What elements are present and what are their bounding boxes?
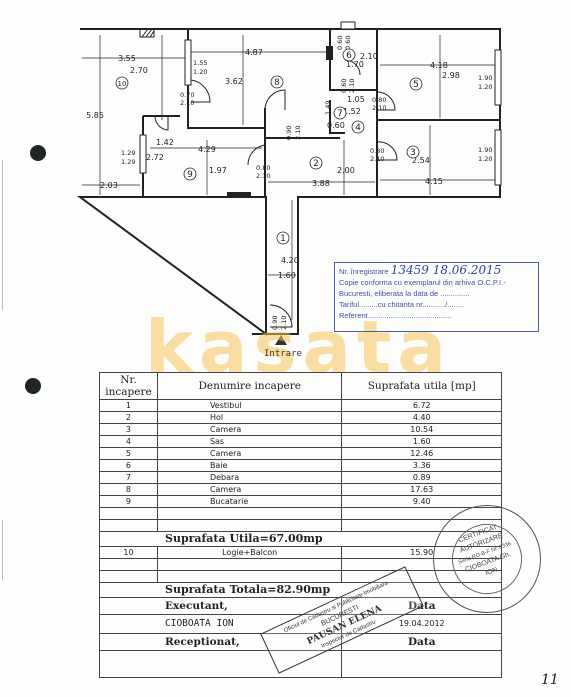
svg-text:1.05: 1.05 [347, 95, 365, 104]
table-row-empty [100, 508, 502, 520]
table-row: 5Camera12.46 [100, 448, 502, 460]
svg-text:1.42: 1.42 [156, 138, 174, 147]
cell-name: Camera [157, 484, 342, 496]
cell-area: 1.60 [342, 436, 502, 448]
cell-nr: 2 [100, 412, 158, 424]
cell-nr: 4 [100, 436, 158, 448]
svg-text:4: 4 [355, 123, 361, 133]
svg-text:4.87: 4.87 [245, 48, 263, 57]
svg-text:2.70: 2.70 [130, 66, 148, 75]
svg-text:2.10: 2.10 [372, 104, 386, 112]
cell-nr: 6 [100, 460, 158, 472]
svg-text:2.00: 2.00 [337, 166, 355, 175]
entrance-label: Intrare [264, 349, 302, 359]
wall-column [227, 192, 251, 198]
svg-text:0.90: 0.90 [285, 126, 293, 140]
svg-text:2.10: 2.10 [294, 126, 302, 140]
executant-row: Executant, Data [100, 598, 502, 615]
cell-name: Bucatarie [157, 496, 342, 508]
cell-nr: 8 [100, 484, 158, 496]
registration-stamp: Nr. înregistrare 13459 18.06.2015 Copie … [334, 262, 539, 332]
svg-text:6: 6 [346, 51, 352, 61]
cell-area: 3.36 [342, 460, 502, 472]
cell-name: Sas [157, 436, 342, 448]
svg-text:0.60: 0.60 [327, 121, 345, 130]
cell-name: Hol [157, 412, 342, 424]
svg-text:1.29: 1.29 [121, 149, 135, 157]
cell-name: Logie+Balcon [157, 547, 342, 559]
table-row: 8Camera17.63 [100, 484, 502, 496]
punch-hole-bottom [25, 378, 41, 394]
svg-text:5: 5 [413, 80, 419, 90]
svg-text:2.72: 2.72 [146, 153, 164, 162]
cell-area: 10.54 [342, 424, 502, 436]
table-row: 3Camera10.54 [100, 424, 502, 436]
svg-text:3.62: 3.62 [225, 77, 243, 86]
svg-text:0.60: 0.60 [344, 36, 352, 50]
cell-area: 17.63 [342, 484, 502, 496]
cell-nr: 9 [100, 496, 158, 508]
header-name: Denumire incapere [157, 373, 342, 400]
table-row: 9Bucatarie9.40 [100, 496, 502, 508]
svg-text:1.20: 1.20 [478, 155, 492, 163]
registration-line-2: Copie conforma cu exemplarul din arhiva … [339, 277, 534, 288]
svg-text:1.90: 1.90 [478, 74, 492, 82]
cell-nr: 3 [100, 424, 158, 436]
table-row: 4Sas1.60 [100, 436, 502, 448]
cell-area: 6.72 [342, 400, 502, 412]
svg-text:1.60: 1.60 [278, 271, 296, 280]
svg-text:0.60: 0.60 [336, 36, 344, 50]
svg-text:7: 7 [337, 109, 343, 119]
header-area: Suprafata utila [mp] [342, 373, 502, 400]
table-row: 7Debara0.89 [100, 472, 502, 484]
svg-text:4.29: 4.29 [198, 145, 216, 154]
cell-nr: 10 [100, 547, 158, 559]
cell-area: 4.40 [342, 412, 502, 424]
registration-line-1: Nr. înregistrare 13459 18.06.2015 [339, 265, 534, 277]
svg-text:1.90: 1.90 [478, 146, 492, 154]
svg-text:8: 8 [274, 78, 280, 88]
svg-text:0.80: 0.80 [256, 164, 270, 172]
svg-text:1.49: 1.49 [324, 101, 332, 115]
page-edge [2, 520, 3, 580]
header-nr: Nr. incapere [100, 373, 158, 400]
svg-text:2.10: 2.10 [360, 52, 378, 61]
svg-text:2.10: 2.10 [348, 79, 356, 93]
svg-text:2.98: 2.98 [442, 71, 460, 80]
cell-name: Baie [157, 460, 342, 472]
svg-text:2.10: 2.10 [256, 172, 270, 180]
cell-area: 12.46 [342, 448, 502, 460]
table-row: 1Vestibul6.72 [100, 400, 502, 412]
page-mark: 11 [541, 672, 559, 688]
svg-text:3.88: 3.88 [312, 179, 330, 188]
svg-text:1: 1 [280, 234, 286, 244]
svg-text:4.15: 4.15 [425, 177, 443, 186]
cell-nr: 7 [100, 472, 158, 484]
svg-text:10: 10 [118, 80, 127, 88]
svg-text:2.03: 2.03 [100, 181, 118, 190]
svg-text:9: 9 [187, 170, 193, 180]
svg-text:0.60: 0.60 [340, 79, 348, 93]
svg-text:4.18: 4.18 [430, 61, 448, 70]
cell-nr: 1 [100, 400, 158, 412]
svg-text:5.85: 5.85 [86, 111, 104, 120]
svg-text:1.20: 1.20 [193, 68, 207, 76]
svg-text:3: 3 [410, 148, 416, 158]
cell-name: Vestibul [157, 400, 342, 412]
cell-name: Camera [157, 448, 342, 460]
receptionat-date-label: Data [342, 634, 502, 651]
svg-text:1.55: 1.55 [193, 59, 207, 67]
table-header-row: Nr. incapere Denumire incapere Suprafata… [100, 373, 502, 400]
svg-text:2.10: 2.10 [370, 155, 384, 163]
registration-line-3: Bucuresti, eliberata la data de ........… [339, 288, 534, 299]
cell-area: 0.89 [342, 472, 502, 484]
table-row: 6Baie3.36 [100, 460, 502, 472]
cell-name: Debara [157, 472, 342, 484]
cell-nr: 5 [100, 448, 158, 460]
svg-text:0.80: 0.80 [372, 96, 386, 104]
svg-text:2: 2 [313, 159, 319, 169]
registration-line-4: Tariful.........cu chitanta nr..........… [339, 299, 534, 310]
svg-text:1.20: 1.20 [478, 83, 492, 91]
table-row: 2Hol4.40 [100, 412, 502, 424]
svg-text:1.29: 1.29 [121, 158, 135, 166]
cell-name: Camera [157, 424, 342, 436]
registration-line-5: Referent................................… [339, 310, 534, 321]
svg-text:3.55: 3.55 [118, 54, 136, 63]
svg-text:1.97: 1.97 [209, 166, 227, 175]
svg-text:2.10: 2.10 [180, 99, 194, 107]
svg-text:0.80: 0.80 [370, 147, 384, 155]
svg-text:0.70: 0.70 [180, 91, 194, 99]
svg-text:4.20: 4.20 [281, 256, 299, 265]
